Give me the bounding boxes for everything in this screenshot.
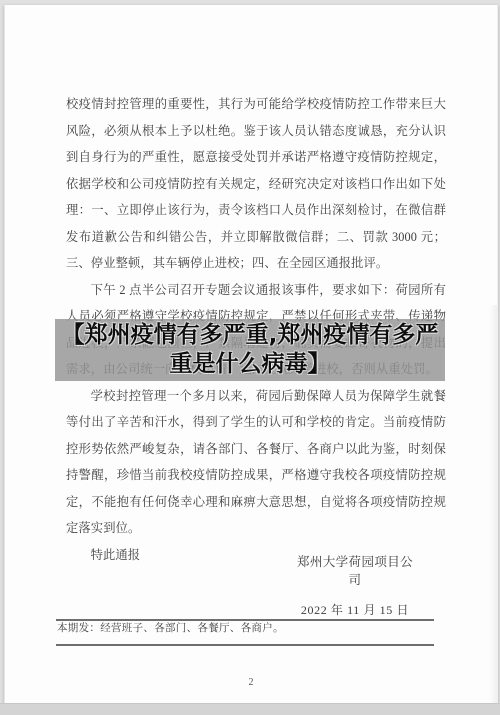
backdrop-bottom-strip: [0, 703, 500, 715]
signature-block: 郑州大学荷园项目公司 2022 年 11 月 15 日: [293, 552, 417, 618]
footer-rule-bottom: [56, 644, 434, 646]
footer-distribution: 本期发：经营班子、各部门、各餐厅、各商户。: [57, 621, 284, 636]
paragraph-continuation: 校疫情封控管理的重要性，其行为可能给学校疫情防控工作带来巨大风险，必须从根本上予…: [66, 91, 446, 277]
signature-organization: 郑州大学荷园项目公司: [293, 552, 417, 588]
signature-date: 2022 年 11 月 15 日: [293, 601, 417, 618]
document-page: 校疫情封控管理的重要性，其行为可能给学校疫情防控工作带来巨大风险，必须从根本上予…: [4, 5, 498, 703]
headline-title: 【郑州疫情有多严重,郑州疫情有多严重是什么病毒】: [55, 319, 445, 381]
paragraph-lockdown-summary: 学校封控管理一个多月以来，荷园后勤保障人员为保障学生就餐等付出了辛苦和汗水，得到…: [66, 383, 446, 542]
screenshot-root: 校疫情封控管理的重要性，其行为可能给学校疫情防控工作带来巨大风险，必须从根本上予…: [0, 0, 500, 715]
page-number: 2: [5, 677, 497, 688]
headline-overlay-band: 【郑州疫情有多严重,郑州疫情有多严重是什么病毒】: [55, 319, 445, 381]
